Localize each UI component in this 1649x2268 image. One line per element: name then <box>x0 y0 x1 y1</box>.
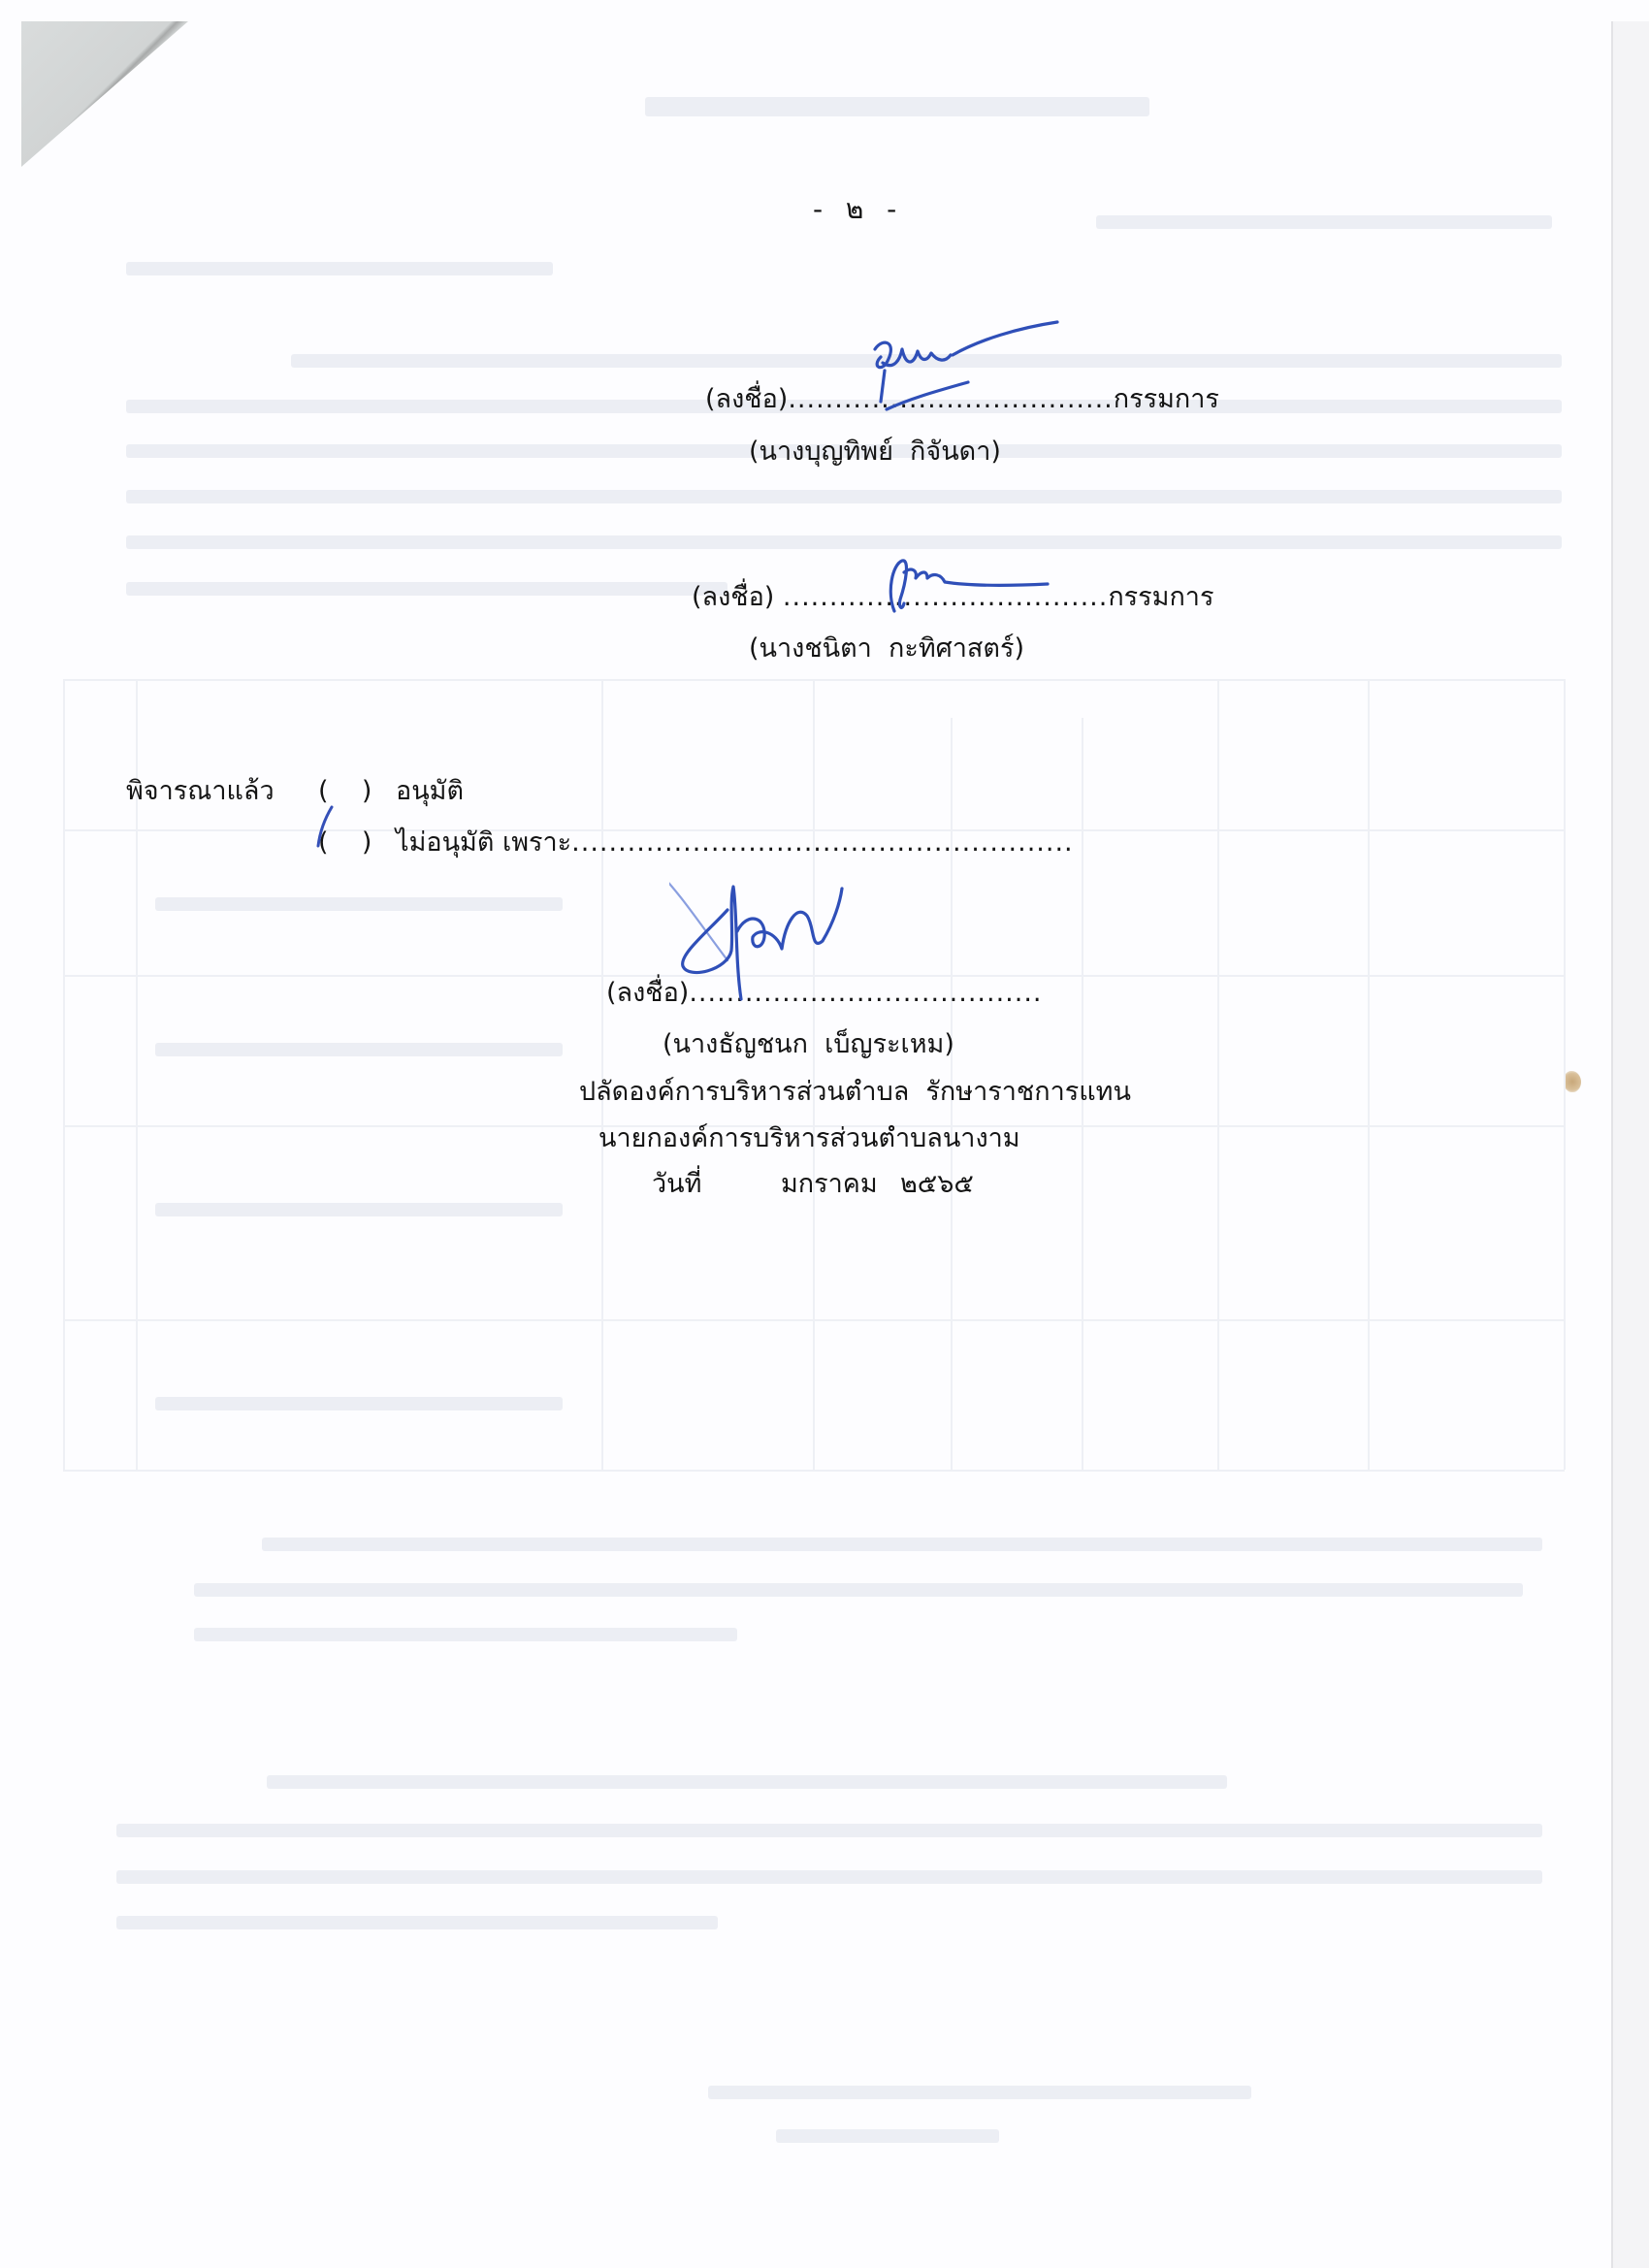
paper-stain <box>1564 1071 1581 1092</box>
date-month: มกราคม <box>781 1171 878 1197</box>
date-year: ๒๕๖๕ <box>900 1171 974 1197</box>
reject-row: ไม่อนุมัติ เพราะ........................… <box>396 829 1074 856</box>
sign-label: (ลงชื่อ) <box>705 384 788 414</box>
signer-name: (นางชนิตา กะทิศาสตร์) <box>749 635 1024 662</box>
approver-position-line1: ปลัดองค์การบริหารส่วนตำบล รักษาราชการแทน <box>579 1079 1131 1105</box>
sign-label: (ลงชื่อ) <box>606 978 689 1008</box>
approve-label: อนุมัติ <box>396 778 464 804</box>
page-number: - ๒ - <box>813 196 898 223</box>
signature-line: ................................... <box>788 384 1113 414</box>
sign-label: (ลงชื่อ) <box>692 582 783 612</box>
scan-edge-strip <box>1611 21 1649 2268</box>
folded-corner <box>21 21 188 167</box>
approve-checkbox[interactable]: ( ) <box>318 778 372 804</box>
signature-line: ...................................... <box>689 978 1042 1008</box>
approver-position-line2: นายกองค์การบริหารส่วนตำบลนางาม <box>598 1125 1020 1151</box>
signature-line: ................................... <box>783 582 1108 612</box>
signer-name: (นางบุญทิพย์ กิจันดา) <box>749 438 1001 465</box>
considered-label: พิจารณาแล้ว <box>126 778 275 804</box>
date-label: วันที่ <box>652 1171 701 1197</box>
role-label: กรรมการ <box>1108 582 1213 612</box>
sign-row: (ลงชื่อ) ...............................… <box>692 584 1213 610</box>
role-label: กรรมการ <box>1114 384 1219 414</box>
reject-label: ไม่อนุมัติ เพราะ <box>396 827 571 858</box>
check-mark-icon <box>310 803 339 852</box>
approver-name: (นางธัญชนก เบ็ญระเหม) <box>663 1031 954 1057</box>
sign-row: (ลงชื่อ)................................… <box>606 980 1042 1006</box>
handwritten-signature-1 <box>854 320 1067 437</box>
document-page: - ๒ - (ลงชื่อ)..........................… <box>0 0 1649 2268</box>
reason-line[interactable]: ........................................… <box>571 827 1073 858</box>
sign-row: (ลงชื่อ)................................… <box>705 386 1219 412</box>
